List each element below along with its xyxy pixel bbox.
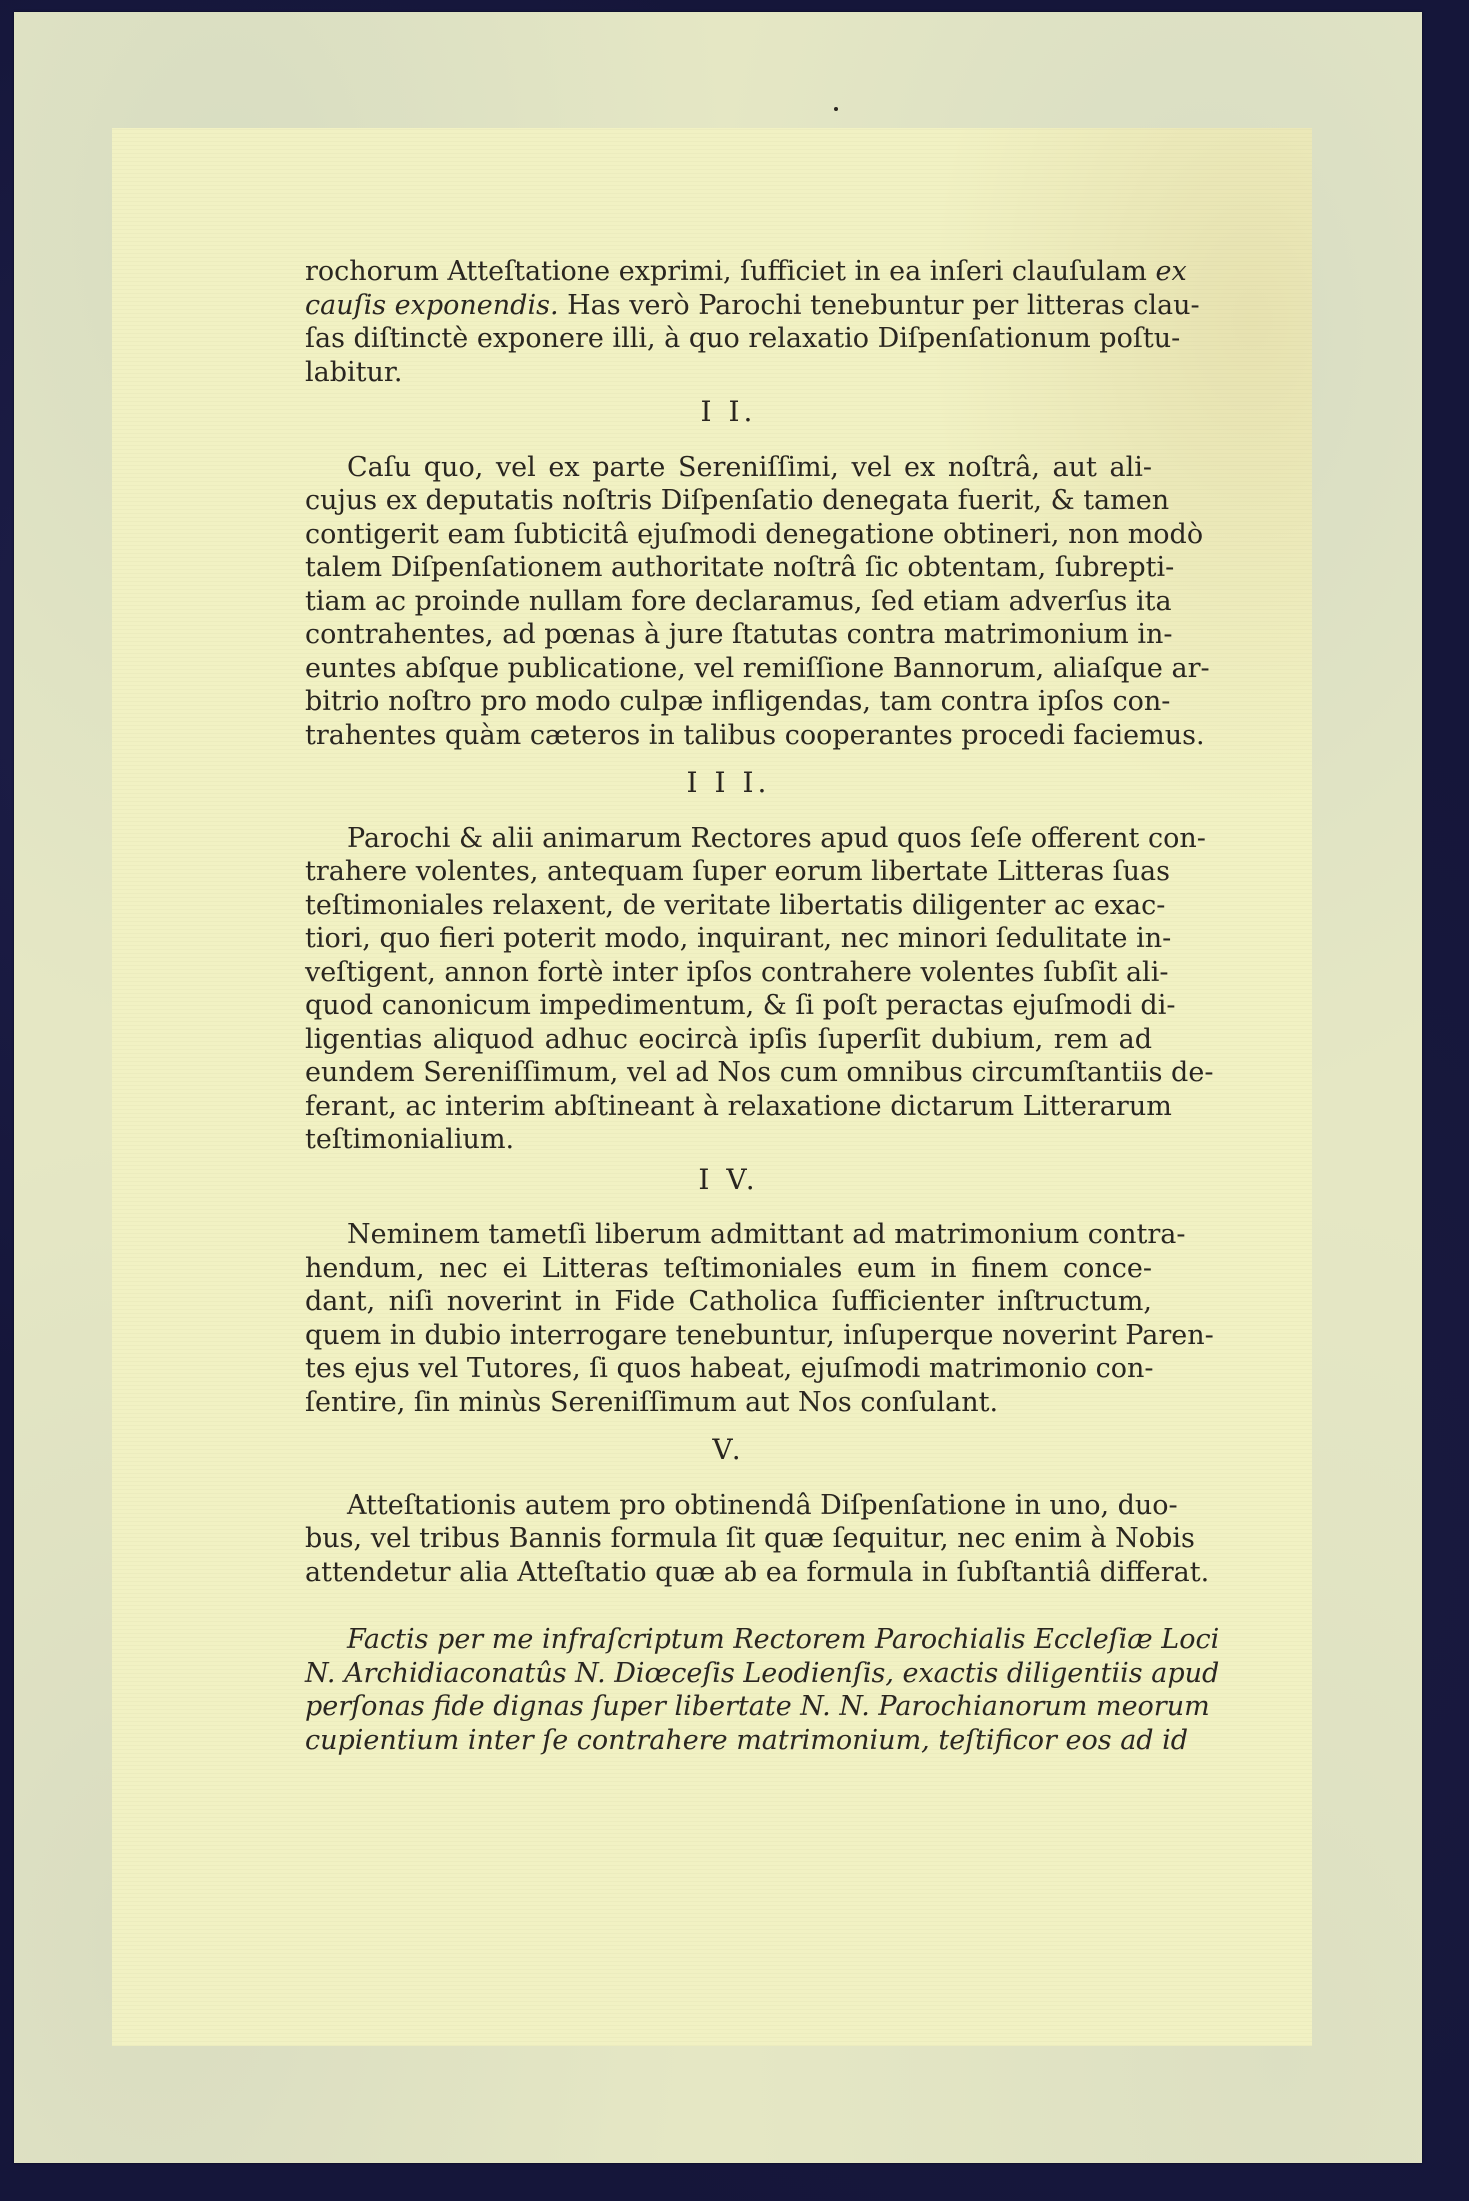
text-line: contigerit eam ſubticitâ ejuſmodi denega… [305,518,1152,552]
section-ii-paragraph: Caſu quo, vel ex parte Sereniſſimi, vel … [305,451,1152,753]
spacer [305,1589,1152,1623]
text-line: ſas diſtinctè exponere illi, à quo relax… [305,322,1152,356]
section-heading-iv: I V. [305,1163,1152,1197]
text-line: tes ejus vel Tutores, ſi quos habeat, ej… [305,1352,1152,1386]
section-heading-v: V. [305,1433,1152,1467]
italic-text: ex [1155,256,1186,287]
text-line: bitrio noſtro pro modo culpæ infligendas… [305,685,1152,719]
text-line: teſtimonialium. [305,1123,1152,1157]
text-line: teſtimoniales relaxent, de veritate libe… [305,889,1152,923]
text-line: veſtigent, annon fortè inter ipſos contr… [305,956,1152,990]
text-line: Neminem tametſi liberum admittant ad mat… [305,1218,1152,1252]
attestation-formula: Factis per me infraſcriptum Rectorem Par… [305,1623,1152,1757]
intro-paragraph: rochorum Atteſtatione exprimi, ſufficiet… [305,255,1152,389]
text-line: eundem Sereniſſimum, vel ad Nos cum omni… [305,1056,1152,1090]
text-line: contrahentes, ad pœnas à jure ſtatutas c… [305,618,1152,652]
text-line: quod canonicum impedimentum, & ſi poſt p… [305,989,1152,1023]
section-v-paragraph: Atteſtationis autem pro obtinendâ Diſpen… [305,1489,1152,1590]
text-line: Atteſtationis autem pro obtinendâ Diſpen… [305,1489,1152,1523]
text-line: tiam ac proinde nullam fore declaramus, … [305,585,1152,619]
text-line: perſonas fide dignas ſuper libertate N. … [305,1690,1152,1724]
section-heading-iii: I I I. [305,766,1152,800]
italic-text: cauſis exponendis. [305,290,559,321]
printed-page: rochorum Atteſtatione exprimi, ſufficiet… [112,128,1312,2046]
text-line: attendetur alia Atteſtatio quæ ab ea for… [305,1556,1152,1590]
text-line: dant, niſi noverint in Fide Catholica ſu… [305,1285,1152,1319]
text-line: bus, vel tribus Bannis formula ſit quæ ſ… [305,1522,1152,1556]
text-line: euntes abſque publicatione, vel remiſſio… [305,652,1152,686]
text-line: ferant, ac interim abſtineant à relaxati… [305,1090,1152,1124]
text-line: Parochi & alii animarum Rectores apud qu… [305,822,1152,856]
line-text: rochorum Atteſtatione exprimi, ſufficiet… [305,256,1155,287]
text-line: rochorum Atteſtatione exprimi, ſufficiet… [305,255,1152,289]
text-line: cauſis exponendis. Has verò Parochi tene… [305,289,1152,323]
section-heading-ii: I I. [305,395,1152,429]
line-text: Has verò Parochi tenebuntur per litteras… [559,290,1200,321]
section-iv-paragraph: Neminem tametſi liberum admittant ad mat… [305,1218,1152,1419]
page-text-block: rochorum Atteſtatione exprimi, ſufficiet… [305,255,1152,1757]
text-line: talem Diſpenſationem authoritate noſtrâ … [305,551,1152,585]
section-iii-paragraph: Parochi & alii animarum Rectores apud qu… [305,822,1152,1157]
text-line: tiori, quo fieri poterit modo, inquirant… [305,922,1152,956]
text-line: trahere volentes, antequam ſuper eorum l… [305,855,1152,889]
text-line: cupientium inter ſe contrahere matrimoni… [305,1724,1152,1758]
text-line: ſentire, ſin minùs Sereniſſimum aut Nos … [305,1386,1152,1420]
ink-speck [834,107,838,111]
text-line: N. Archidiaconatûs N. Diœceſis Leodienſi… [305,1657,1152,1691]
text-line: Factis per me infraſcriptum Rectorem Par… [305,1623,1152,1657]
text-line: trahentes quàm cæteros in talibus cooper… [305,719,1152,753]
text-line: Caſu quo, vel ex parte Sereniſſimi, vel … [305,451,1152,485]
text-line: labitur. [305,356,1152,390]
text-line: hendum, nec ei Litteras teſtimoniales eu… [305,1252,1152,1286]
text-line: cujus ex deputatis noſtris Diſpenſatio d… [305,484,1152,518]
text-line: quem in dubio interrogare tenebuntur, in… [305,1319,1152,1353]
text-line: ligentias aliquod adhuc eocircà ipſis ſu… [305,1023,1152,1057]
